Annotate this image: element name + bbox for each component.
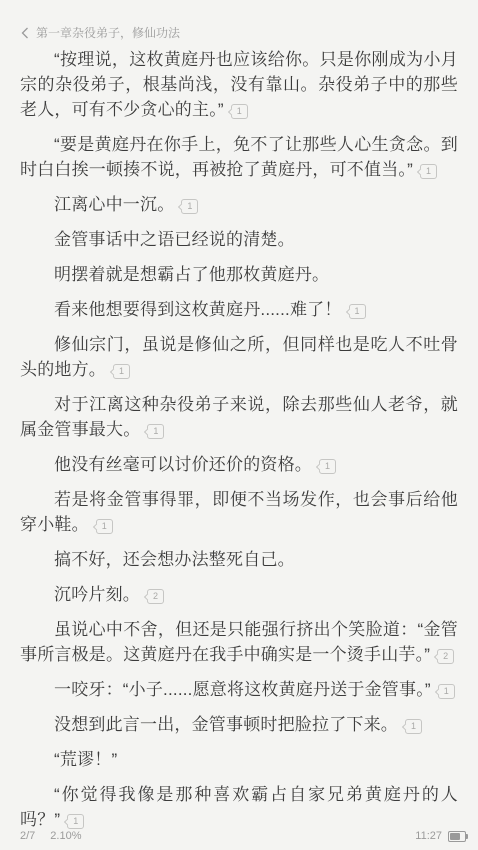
paragraph-text: 修仙宗门，虽说是修仙之所，但同样也是吃人不吐骨头的地方。 bbox=[20, 335, 458, 379]
paragraph: “你觉得我像是那种喜欢霸占自家兄弟黄庭丹的人吗？”1 bbox=[20, 782, 458, 832]
paragraph-text: 一咬牙：“小子......愿意将这枚黄庭丹送于金管事。” bbox=[54, 680, 431, 699]
comment-count-badge[interactable]: 2 bbox=[437, 649, 454, 664]
paragraph-text: 明摆着就是想霸占了他那枚黄庭丹。 bbox=[54, 265, 329, 284]
paragraph: 看来他想要得到这枚黄庭丹......难了！1 bbox=[20, 297, 458, 322]
reader-page: 第一章杂役弟子，修仙功法 “按理说，这枚黄庭丹也应该给你。只是你刚成为小月宗的杂… bbox=[0, 0, 478, 850]
paragraph: 金管事话中之语已经说的清楚。 bbox=[20, 227, 458, 252]
paragraph-text: 金管事话中之语已经说的清楚。 bbox=[54, 230, 295, 249]
paragraph-text: “你觉得我像是那种喜欢霸占自家兄弟黄庭丹的人吗？” bbox=[20, 785, 458, 829]
paragraph: 沉吟片刻。2 bbox=[20, 582, 458, 607]
reader-footer: 2/7 2.10% 11:27 bbox=[20, 830, 466, 842]
battery-fill bbox=[450, 833, 460, 840]
paragraph-text: 没想到此言一出，金管事顿时把脸拉了下来。 bbox=[54, 715, 398, 734]
comment-count-badge[interactable]: 1 bbox=[67, 814, 84, 829]
reader-content[interactable]: “按理说，这枚黄庭丹也应该给你。只是你刚成为小月宗的杂役弟子，根基尚浅，没有靠山… bbox=[20, 47, 458, 842]
paragraph: 对于江离这种杂役弟子来说，除去那些仙人老爷，就属金管事最大。1 bbox=[20, 392, 458, 442]
paragraph: 搞不好，还会想办法整死自己。 bbox=[20, 547, 458, 572]
paragraph: 修仙宗门，虽说是修仙之所，但同样也是吃人不吐骨头的地方。1 bbox=[20, 332, 458, 382]
comment-count-badge[interactable]: 1 bbox=[147, 424, 164, 439]
comment-count-badge[interactable]: 1 bbox=[96, 519, 113, 534]
chapter-title: 第一章杂役弟子，修仙功法 bbox=[36, 25, 180, 41]
paragraph-text: 搞不好，还会想办法整死自己。 bbox=[54, 550, 295, 569]
paragraph-text: 若是将金管事得罪，即便不当场发作，也会事后给他穿小鞋。 bbox=[20, 490, 458, 534]
comment-count-badge[interactable]: 1 bbox=[113, 364, 130, 379]
paragraph-text: “要是黄庭丹在你手上，免不了让那些人心生贪念。到时白白挨一顿揍不说，再被抢了黄庭… bbox=[20, 135, 458, 179]
comment-count-badge[interactable]: 1 bbox=[181, 199, 198, 214]
progress-percent: 2.10% bbox=[50, 830, 81, 842]
paragraph: 江离心中一沉。1 bbox=[20, 192, 458, 217]
clock-time: 11:27 bbox=[415, 830, 442, 842]
comment-count-badge[interactable]: 1 bbox=[231, 104, 248, 119]
battery-icon bbox=[448, 831, 466, 842]
comment-count-badge[interactable]: 1 bbox=[349, 304, 366, 319]
comment-count-badge[interactable]: 1 bbox=[319, 459, 336, 474]
comment-count-badge[interactable]: 1 bbox=[438, 684, 455, 699]
paragraph: 若是将金管事得罪，即便不当场发作，也会事后给他穿小鞋。1 bbox=[20, 487, 458, 537]
page-indicator: 2/7 bbox=[20, 830, 35, 842]
chapter-header[interactable]: 第一章杂役弟子，修仙功法 bbox=[21, 25, 458, 41]
comment-count-badge[interactable]: 1 bbox=[420, 164, 437, 179]
paragraph: 没想到此言一出，金管事顿时把脸拉了下来。1 bbox=[20, 712, 458, 737]
paragraph: 一咬牙：“小子......愿意将这枚黄庭丹送于金管事。”1 bbox=[20, 677, 458, 702]
paragraph: 虽说心中不舍，但还是只能强行挤出个笑脸道：“金管事所言极是。这黄庭丹在我手中确实… bbox=[20, 617, 458, 667]
chevron-left-icon[interactable] bbox=[21, 27, 29, 39]
paragraph: 明摆着就是想霸占了他那枚黄庭丹。 bbox=[20, 262, 458, 287]
comment-count-badge[interactable]: 2 bbox=[147, 589, 164, 604]
paragraph-text: “荒谬！” bbox=[54, 750, 117, 769]
paragraph: 他没有丝毫可以讨价还价的资格。1 bbox=[20, 452, 458, 477]
paragraph-text: 他没有丝毫可以讨价还价的资格。 bbox=[54, 455, 312, 474]
paragraph: “荒谬！” bbox=[20, 747, 458, 772]
paragraph: “按理说，这枚黄庭丹也应该给你。只是你刚成为小月宗的杂役弟子，根基尚浅，没有靠山… bbox=[20, 47, 458, 122]
paragraph-text: 沉吟片刻。 bbox=[54, 585, 140, 604]
paragraph-text: 虽说心中不舍，但还是只能强行挤出个笑脸道：“金管事所言极是。这黄庭丹在我手中确实… bbox=[20, 620, 458, 664]
paragraph-text: 江离心中一沉。 bbox=[54, 195, 174, 214]
paragraph-text: 对于江离这种杂役弟子来说，除去那些仙人老爷，就属金管事最大。 bbox=[20, 395, 458, 439]
paragraph-text: 看来他想要得到这枚黄庭丹......难了！ bbox=[54, 300, 342, 319]
paragraph: “要是黄庭丹在你手上，免不了让那些人心生贪念。到时白白挨一顿揍不说，再被抢了黄庭… bbox=[20, 132, 458, 182]
comment-count-badge[interactable]: 1 bbox=[405, 719, 422, 734]
